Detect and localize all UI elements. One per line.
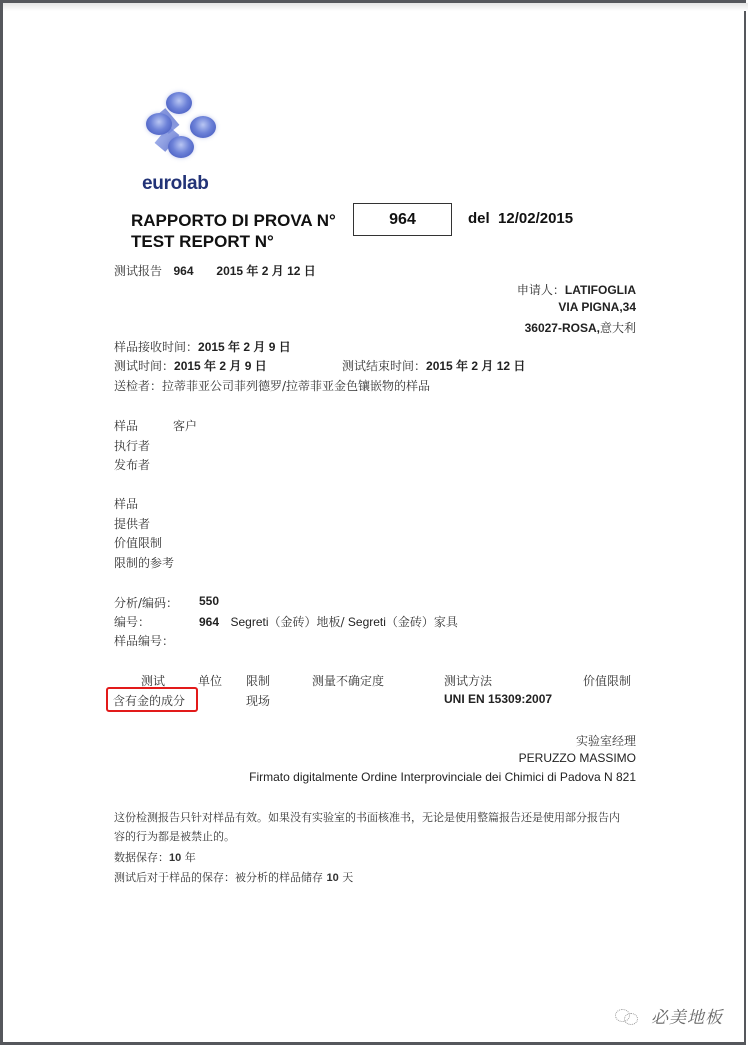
city-value: 36027-ROSA, [525,321,600,335]
block2-provider: 提供者 [114,515,150,532]
test-value: 2015 年 2 月 9 日 [174,359,267,373]
number-code: 964 [199,615,219,629]
number-desc-3: Segreti [345,615,386,629]
date-value: 12/02/2015 [498,210,573,227]
data-retention-value: 10 [169,852,181,864]
country-value: 意大利 [600,321,636,335]
received-label: 样品接收时间： [114,340,198,354]
block2-limit-reference: 限制的参考 [114,554,174,571]
number-label: 编号： [114,613,150,630]
disclaimer-line-2: 容的行为都是被禁止的。 [114,828,235,844]
data-retention: 数据保存：10 年 [114,849,196,865]
end-label: 测试结束时间： [342,359,426,373]
top-shadow [3,3,748,11]
watermark-text: 必美地板 [651,1003,723,1028]
row-limit: 现场 [246,692,270,709]
summary-number: 964 [173,264,193,278]
sample-number-label: 样品编号： [114,632,174,649]
submitter: 送检者：拉蒂菲亚公司菲列德罗/拉蒂菲亚金色镶嵌物的样品 [114,377,430,394]
highlight-box [106,687,198,712]
title-italian: RAPPORTO DI PROVA N° [131,211,336,231]
data-retention-unit: 年 [181,851,196,864]
end-value: 2015 年 2 月 12 日 [426,359,525,373]
col-header-limit: 限制 [246,672,270,689]
applicant-label: 申请人： [517,283,565,297]
block1-publisher: 发布者 [114,456,150,473]
number-desc-1: Segreti [230,615,268,629]
col-header-uncertainty: 测量不确定度 [312,672,384,689]
wechat-icon [615,1007,639,1025]
test-date: 测试时间：2015 年 2 月 9 日 [114,357,267,374]
watermark: 必美地板 [615,1003,723,1028]
signature-name: PERUZZO MASSIMO [519,751,636,765]
submitter-label: 送检者： [114,379,162,393]
sample-retention-value: 10 [327,872,339,884]
received-value: 2015 年 2 月 9 日 [198,340,291,354]
report-number: 964 [389,211,416,229]
col-header-value-limit: 价值限制 [583,672,631,689]
test-end-date: 测试结束时间：2015 年 2 月 12 日 [342,357,525,374]
document-page [0,0,746,1045]
sample-retention-label: 测试后对于样品的保存：被分析的样品储存 [114,871,323,884]
analysis-value: 550 [199,594,219,608]
report-date: del 12/02/2015 [468,210,573,227]
applicant-city: 36027-ROSA,意大利 [525,319,636,336]
sample-retention-unit: 天 [339,871,354,884]
applicant-name: 申请人：LATIFOGLIA [517,281,636,298]
date-label: del [468,210,490,227]
data-retention-label: 数据保存： [114,851,169,864]
number-value: 964 Segreti（金砖）地板/ Segreti（金砖）家具 [199,613,458,630]
row-method: UNI EN 15309:2007 [444,692,552,706]
report-number-box: 964 [353,203,452,236]
number-desc-2: （金砖）地板/ [269,615,345,629]
block1-executor: 执行者 [114,437,150,454]
received-date: 样品接收时间：2015 年 2 月 9 日 [114,338,291,355]
eurolab-logo-text: eurolab [142,173,209,195]
sample-retention: 测试后对于样品的保存：被分析的样品储存 10 天 [114,869,353,885]
disclaimer-line-1: 这份检测报告只针对样品有效。如果没有实验室的书面核准书，无论是使用整篇报告还是使… [114,809,620,825]
signature-role: 实验室经理 [576,732,636,749]
submitter-value: 拉蒂菲亚公司菲列德罗/拉蒂菲亚金色镶嵌物的样品 [162,379,430,393]
block2-sample: 样品 [114,495,138,512]
col-header-unit: 单位 [198,672,222,689]
applicant-value: LATIFOGLIA [565,283,636,297]
test-label: 测试时间： [114,359,174,373]
applicant-street: VIA PIGNA,34 [558,300,636,314]
block1-sample: 样品 [114,417,138,434]
summary-label: 测试报告 [114,264,162,278]
block1-customer: 客户 [173,417,197,434]
eurolab-molecule-icon [140,88,230,170]
block2-value-limit: 价值限制 [114,534,162,551]
signature-note: Firmato digitalmente Ordine Interprovinc… [249,770,636,784]
number-desc-4: （金砖）家具 [386,615,458,629]
summary-line: 测试报告 964 2015 年 2 月 12 日 [114,262,316,279]
title-english: TEST REPORT N° [131,232,274,252]
summary-date: 2015 年 2 月 12 日 [216,264,315,278]
col-header-method: 测试方法 [444,672,492,689]
analysis-label: 分析/编码： [114,594,178,611]
